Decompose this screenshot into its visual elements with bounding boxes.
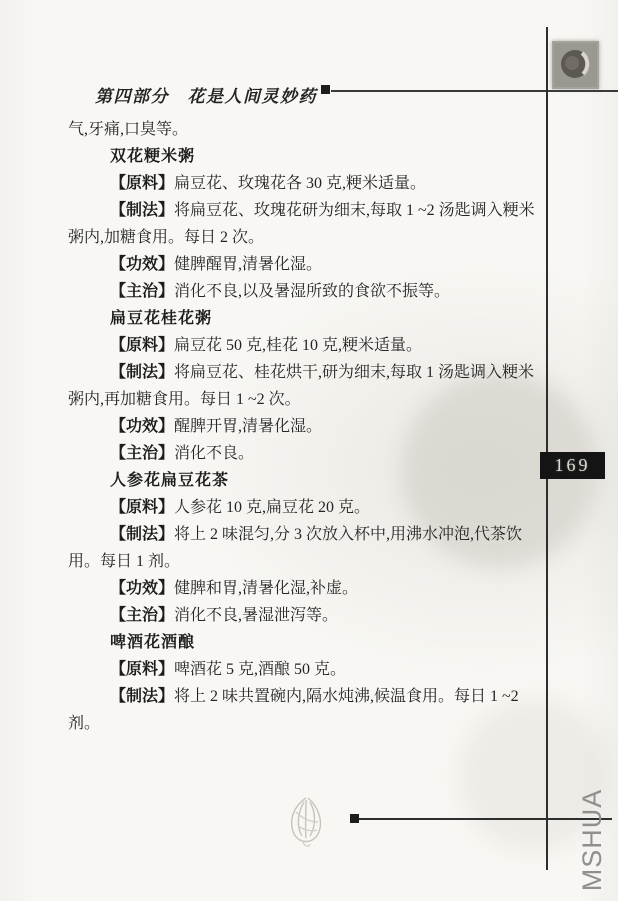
recipe-line: 【功效】健脾和胃,清暑化湿,补虚。 [68,575,542,602]
square-bullet-icon [350,814,359,823]
recipe-line: 【制法】将上 2 味混匀,分 3 次放入杯中,用沸水冲泡,代茶饮用。每日 1 剂… [68,521,542,575]
intro-line: 气,牙痛,口臭等。 [68,116,542,143]
recipe-line: 【制法】将扁豆花、桂花烘干,研为细末,每取 1 汤匙调入粳米粥内,再加糖食用。每… [68,359,542,413]
recipe-line: 【功效】醒脾开胃,清暑化湿。 [68,413,542,440]
header-rule [331,90,618,92]
recipe-line: 【原料】扁豆花 50 克,桂花 10 克,粳米适量。 [68,332,542,359]
page-number-badge: 169 [540,452,605,479]
body-text: 气,牙痛,口臭等。 双花粳米粥 【原料】扁豆花、玫瑰花各 30 克,粳米适量。 … [68,116,542,737]
recipe-line: 【原料】啤酒花 5 克,酒酿 50 克。 [68,656,542,683]
recipe-line: 【制法】将扁豆花、玫瑰花研为细末,每取 1 ~2 汤匙调入粳米粥内,加糖食用。每… [68,197,542,251]
recipe-line: 【功效】健脾醒胃,清暑化湿。 [68,251,542,278]
recipe-line: 【主治】消化不良,以及暑湿所致的食欲不振等。 [68,278,542,305]
recipe-title: 啤酒花酒酿 [68,629,542,656]
recipe-title: 人参花扁豆花茶 [68,467,542,494]
recipe-line: 【主治】消化不良,暑湿泄泻等。 [68,602,542,629]
chapter-header: 第四部分 花是人间灵妙药 [95,82,317,107]
recipe-line: 【原料】人参花 10 克,扁豆花 20 克。 [68,494,542,521]
spine-watermark: MSHUA [575,780,609,900]
swirl-photo-icon [552,41,599,89]
recipe-title: 双花粳米粥 [68,143,542,170]
leaf-sketch-icon [276,792,336,856]
book-page: 第四部分 花是人间灵妙药 169 气,牙痛,口臭等。 双花粳米粥 【原料】扁豆花… [0,0,618,901]
recipe-line: 【主治】消化不良。 [68,440,542,467]
margin-rule [546,27,548,870]
page-number: 169 [555,455,591,476]
recipe-title: 扁豆花桂花粥 [68,305,542,332]
recipe-line: 【制法】将上 2 味共置碗内,隔水炖沸,候温食用。每日 1 ~2剂。 [68,683,542,737]
recipe-line: 【原料】扁豆花、玫瑰花各 30 克,粳米适量。 [68,170,542,197]
square-bullet-icon [321,85,330,94]
